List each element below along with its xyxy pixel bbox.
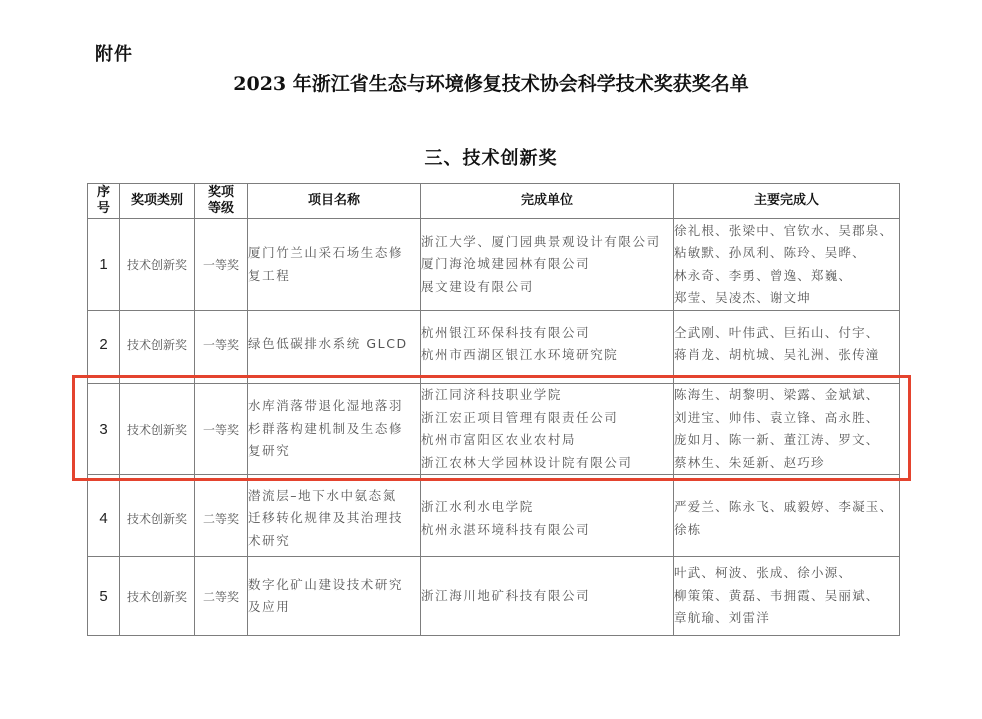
- row-number: 1: [88, 219, 120, 311]
- header-units: 完成单位: [421, 184, 674, 219]
- completion-units: 浙江大学、厦门园典景观设计有限公司 厦门海沧城建园林有限公司 展文建设有限公司: [421, 219, 674, 311]
- completion-units: 杭州银江环保科技有限公司 杭州市西湖区银江水环境研究院: [421, 311, 674, 378]
- header-no: 序 号: [88, 184, 120, 219]
- attachment-label: 附件: [95, 40, 133, 66]
- header-persons: 主要完成人: [674, 184, 900, 219]
- main-contributors: 徐礼根、张梁中、官钦水、吴郡泉、 粘敏默、孙凤利、陈玲、吴晔、 林永奇、李勇、曾…: [674, 219, 900, 311]
- document-title: 2023 年浙江省生态与环境修复技术协会科学技术奖获奖名单: [0, 69, 982, 96]
- award-grade: 一等奖: [195, 219, 248, 311]
- main-contributors: 严爱兰、陈永飞、戚毅婷、李凝玉、 徐栋: [674, 481, 900, 557]
- main-contributors: 仝武刚、叶伟武、巨拓山、付宇、 蒋肖龙、胡杭城、吴礼洲、张传潼: [674, 311, 900, 378]
- project-name: 绿色低碳排水系统 GLCD: [248, 311, 421, 378]
- row-number: 4: [88, 481, 120, 557]
- section-title: 三、技术创新奖: [0, 144, 982, 170]
- table-row: 1 技术创新奖 一等奖 厦门竹兰山采石场生态修 复工程 浙江大学、厦门园典景观设…: [88, 219, 900, 311]
- award-category: 技术创新奖: [120, 219, 195, 311]
- completion-units: 浙江海川地矿科技有限公司: [421, 557, 674, 636]
- highlight-box: [72, 375, 911, 481]
- award-category: 技术创新奖: [120, 481, 195, 557]
- main-contributors: 叶武、柯波、张成、徐小源、 柳策策、黄磊、韦拥霞、吴丽斌、 章航瑜、刘雷洋: [674, 557, 900, 636]
- header-project: 项目名称: [248, 184, 421, 219]
- table-header-row: 序 号 奖项类别 奖项 等级 项目名称 完成单位 主要完成人: [88, 184, 900, 219]
- project-name: 厦门竹兰山采石场生态修 复工程: [248, 219, 421, 311]
- header-category: 奖项类别: [120, 184, 195, 219]
- project-name: 数字化矿山建设技术研究 及应用: [248, 557, 421, 636]
- project-name: 潜流层–地下水中氨态氮 迁移转化规律及其治理技 术研究: [248, 481, 421, 557]
- table-row: 4 技术创新奖 二等奖 潜流层–地下水中氨态氮 迁移转化规律及其治理技 术研究 …: [88, 481, 900, 557]
- table-row: 2 技术创新奖 一等奖 绿色低碳排水系统 GLCD 杭州银江环保科技有限公司 杭…: [88, 311, 900, 378]
- award-grade: 一等奖: [195, 311, 248, 378]
- row-number: 2: [88, 311, 120, 378]
- award-grade: 二等奖: [195, 481, 248, 557]
- award-grade: 二等奖: [195, 557, 248, 636]
- header-grade: 奖项 等级: [195, 184, 248, 219]
- completion-units: 浙江水利水电学院 杭州永湛环境科技有限公司: [421, 481, 674, 557]
- row-number: 5: [88, 557, 120, 636]
- award-category: 技术创新奖: [120, 311, 195, 378]
- table-row: 5 技术创新奖 二等奖 数字化矿山建设技术研究 及应用 浙江海川地矿科技有限公司…: [88, 557, 900, 636]
- award-category: 技术创新奖: [120, 557, 195, 636]
